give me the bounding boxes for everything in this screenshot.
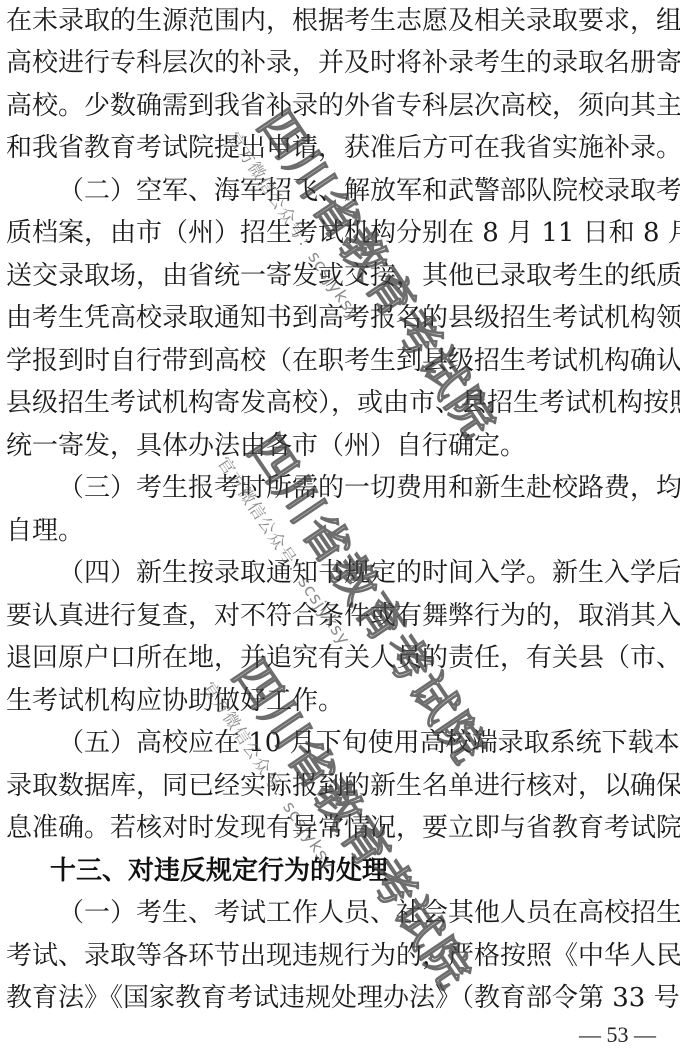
document-page: 在未录取的生源范围内，根据考生志愿及相关录取要求，组织有关 高校进行专科层次的补… [0,0,680,1059]
text-line: 学报到时自行带到高校（在职考生到县级招生考试机构确认后，由 [6,340,672,382]
text-line: 和我省教育考试院提出申请，获准后方可在我省实施补录。 [6,127,672,169]
page-number: — 53 — [579,1020,656,1050]
text-line: 生考试机构应协助做好工作。 [6,680,672,722]
text-line: 高校进行专科层次的补录，并及时将补录考生的录取名册寄送有关 [6,42,672,84]
text-line: 自理。 [6,510,672,552]
text-line: 统一寄发，具体办法由各市（州）自行确定。 [6,425,672,467]
text-line: 由考生凭高校录取通知书到高考报名的县级招生考试机构领取，入 [6,297,672,339]
text-line: 质档案，由市（州）招生考试机构分别在 8 月 11 日和 8 月 25 日前 [6,212,672,254]
text-line: 考试、录取等各环节出现违规行为的，严格按照《中华人民共和国 [6,935,672,977]
paragraph-start-line: （三）考生报考时所需的一切费用和新生赴校路费，均由本人 [58,467,672,509]
text-line: 退回原户口所在地，并追究有关人员的责任，有关县（市、区）招 [6,637,672,679]
text-line: 录取数据库，同已经实际报到的新生名单进行核对，以确保录取信 [6,765,672,807]
paragraph-start-line: （二）空军、海军招飞、解放军和武警部队院校录取考生的纸 [58,170,672,212]
text-line: 送交录取场，由省统一寄发或交接，其他已录取考生的纸质档案,可 [6,255,672,297]
text-line: 教育法》《国家教育考试违规处理办法》（教育部令第 33 号）和《普 [6,977,672,1019]
text-line: 要认真进行复查，对不符合条件或有舞弊行为的，取消其入学资格， [6,595,672,637]
text-line: 在未录取的生源范围内，根据考生志愿及相关录取要求，组织有关 [6,0,672,42]
section-heading: 十三、对违反规定行为的处理 [50,850,388,892]
text-line: 县级招生考试机构寄发高校），或由市、县招生考试机构按照录取库 [6,382,672,424]
text-line: 高校。少数确需到我省补录的外省专科层次高校，须向其主管部门 [6,85,672,127]
paragraph-start-line: （四）新生按录取通知书规定的时间入学。新生入学后，学校 [58,552,672,594]
text-line: 息准确。若核对时发现有异常情况，要立即与省教育考试院联系。 [6,807,672,849]
paragraph-start-line: （一）考生、考试工作人员、社会其他人员在高校招生的报名、 [58,892,672,934]
paragraph-start-line: （五）高校应在 10 月下旬使用高校端录取系统下载本校的最终 [58,722,672,764]
